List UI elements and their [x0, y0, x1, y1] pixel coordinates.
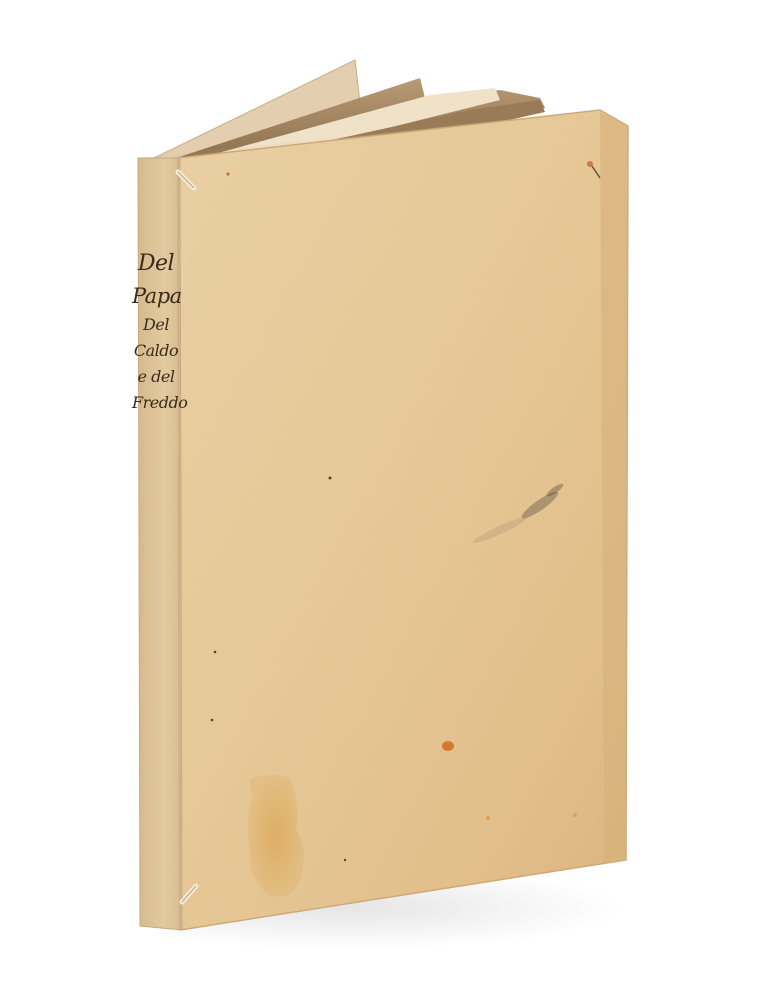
spine-line: Del [132, 312, 180, 338]
spine-line: Del [132, 248, 180, 280]
spine-title: Del Papa Del Caldo e del Freddo [132, 248, 180, 416]
book-illustration [0, 0, 764, 1000]
spine-line: e del [132, 364, 180, 390]
book-photo: Del Papa Del Caldo e del Freddo [0, 0, 764, 1000]
spine-line: Freddo [132, 390, 180, 416]
spine-line: Papa [132, 280, 180, 312]
spine-line: Caldo [132, 338, 180, 364]
